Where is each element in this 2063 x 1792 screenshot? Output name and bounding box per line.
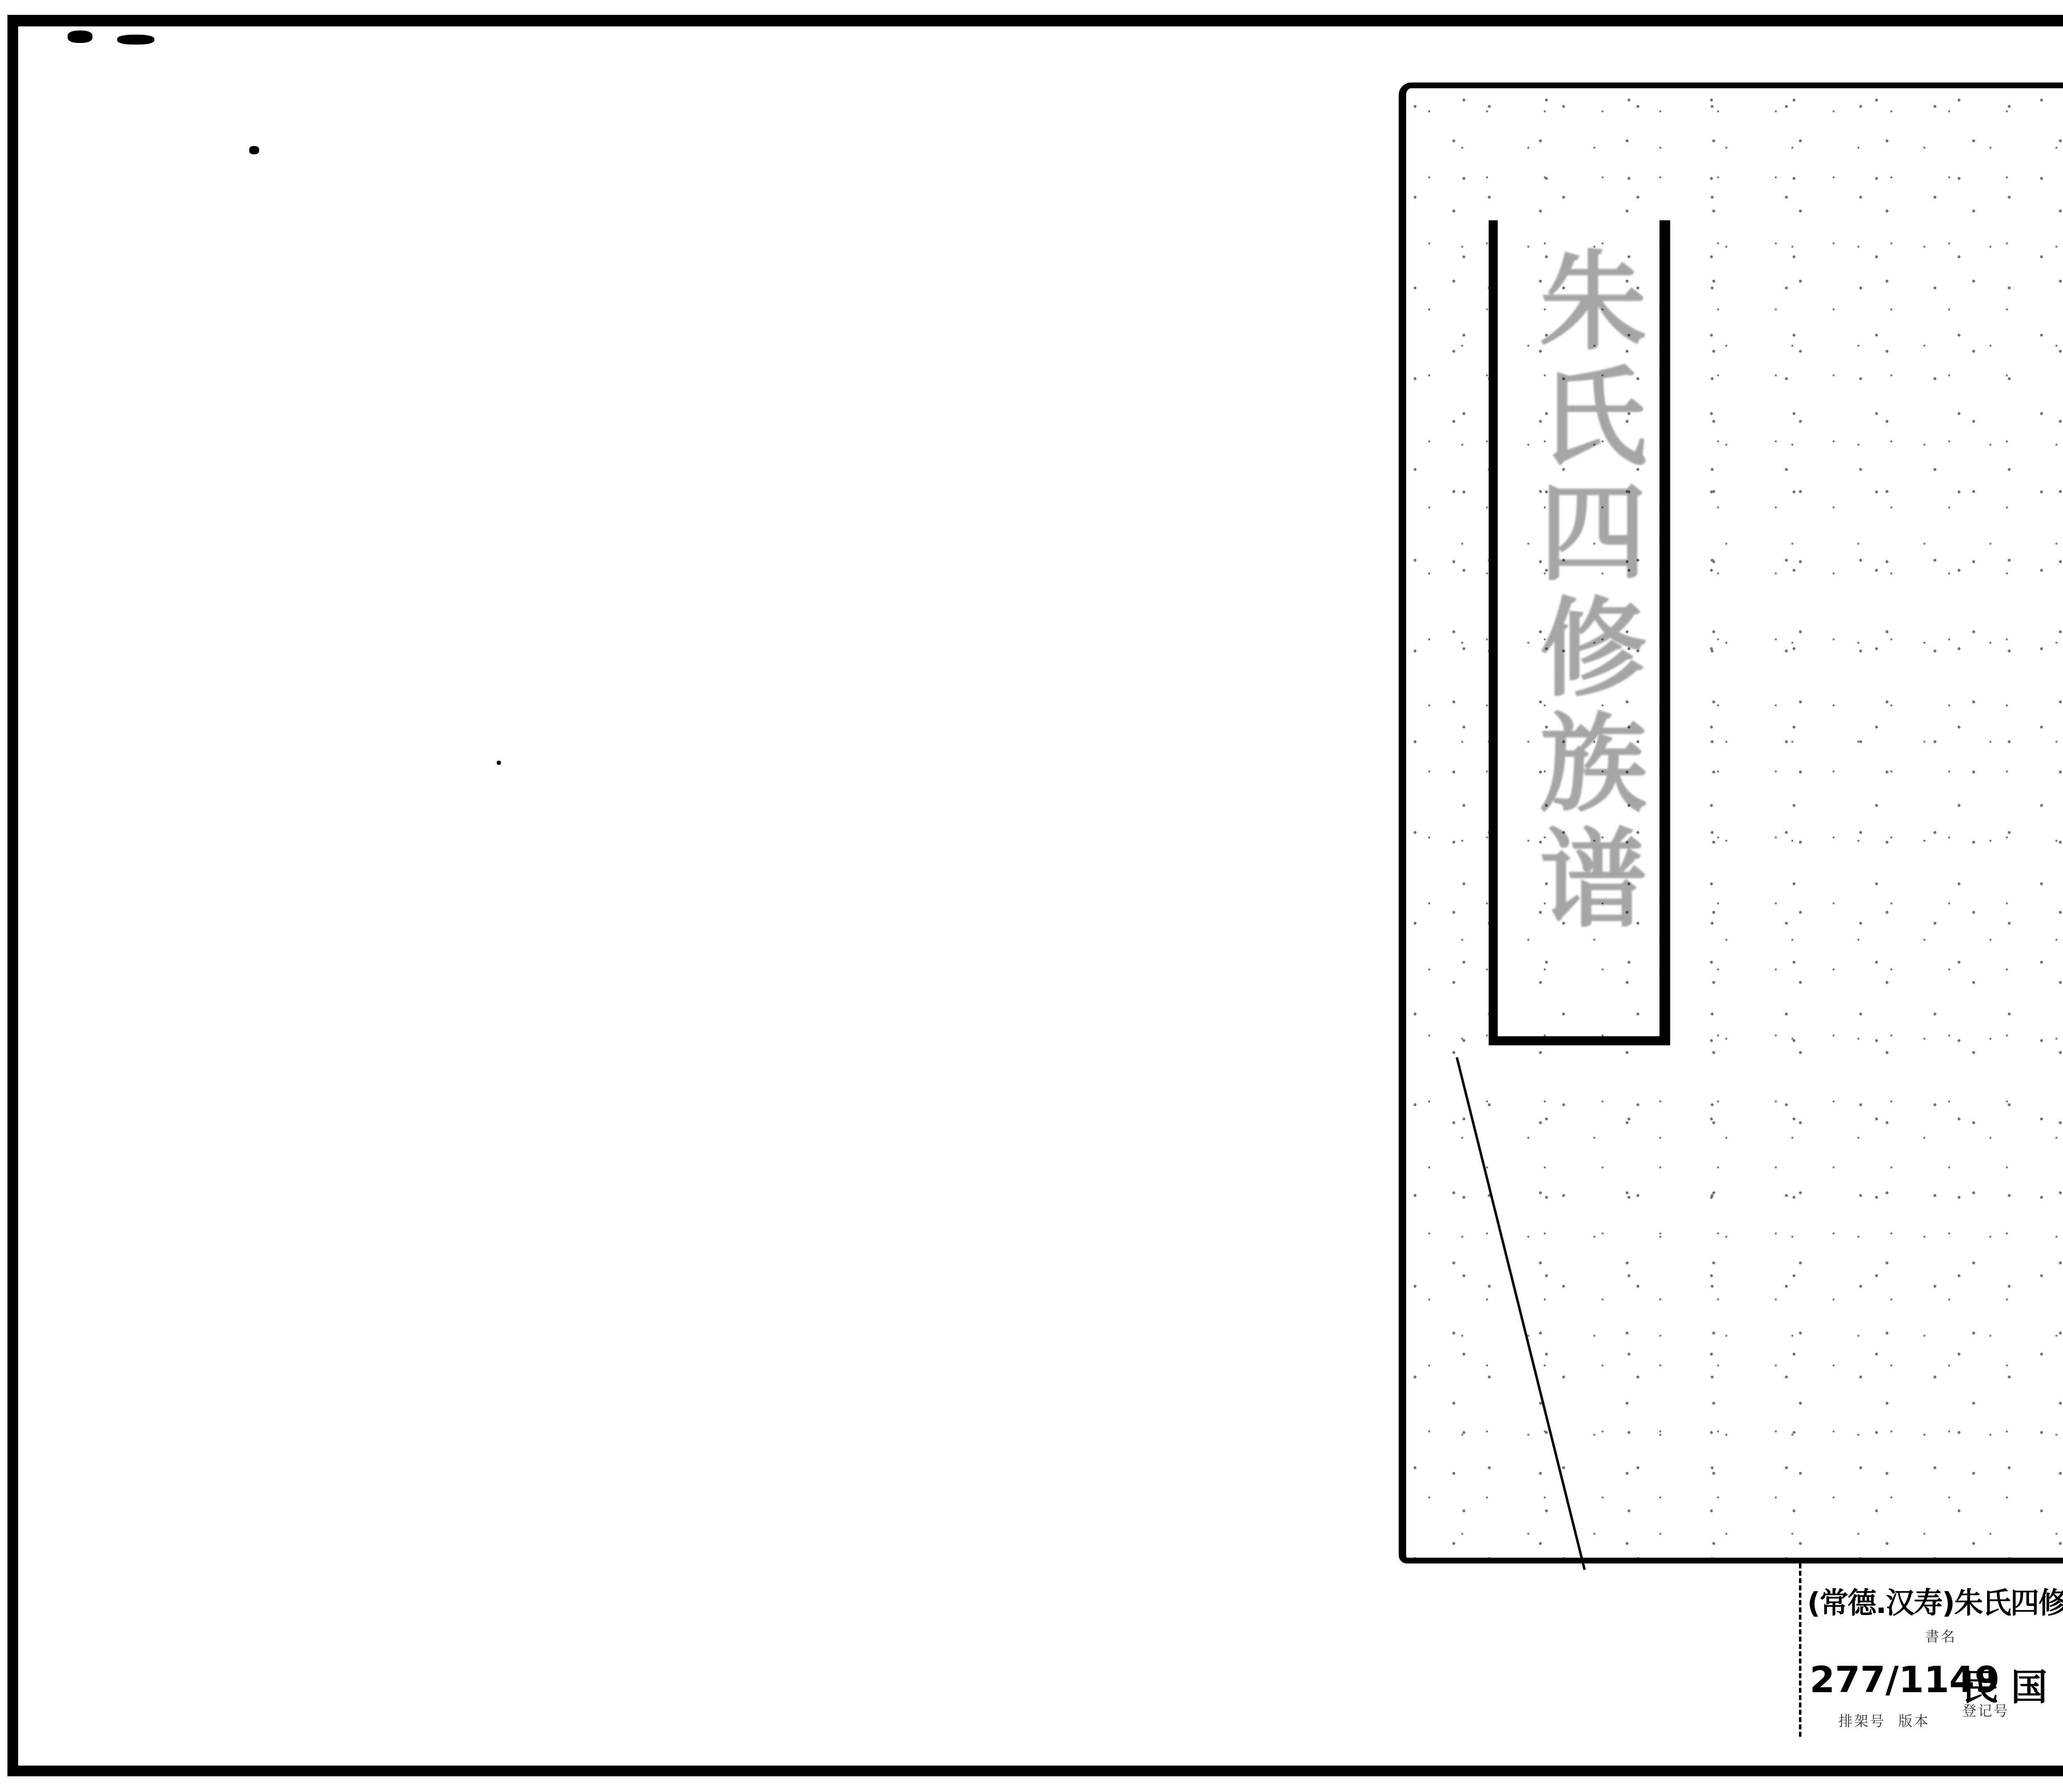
left-blank-page [18,26,1380,1763]
label-registration-caption: 登记号 [1962,1700,2009,1720]
catalog-label: (常德.汉寿)朱氏四修族谱 一 書名 册 277/1149 民国 排架号 版本 … [1799,1563,2063,1737]
title-slip-text: 朱氏四修族谱 [1522,245,1646,938]
label-title: (常德.汉寿)朱氏四修族谱 [1807,1580,2063,1622]
label-edition-caption: 版本 [1898,1710,1930,1730]
label-book-name-caption: 書名 [1925,1625,1957,1646]
book-cover: 朱氏四修族谱 [1399,83,2063,1563]
label-shelf-number-caption: 排架号 [1839,1710,1886,1730]
title-slip: 朱氏四修族谱 [1489,220,1670,1045]
